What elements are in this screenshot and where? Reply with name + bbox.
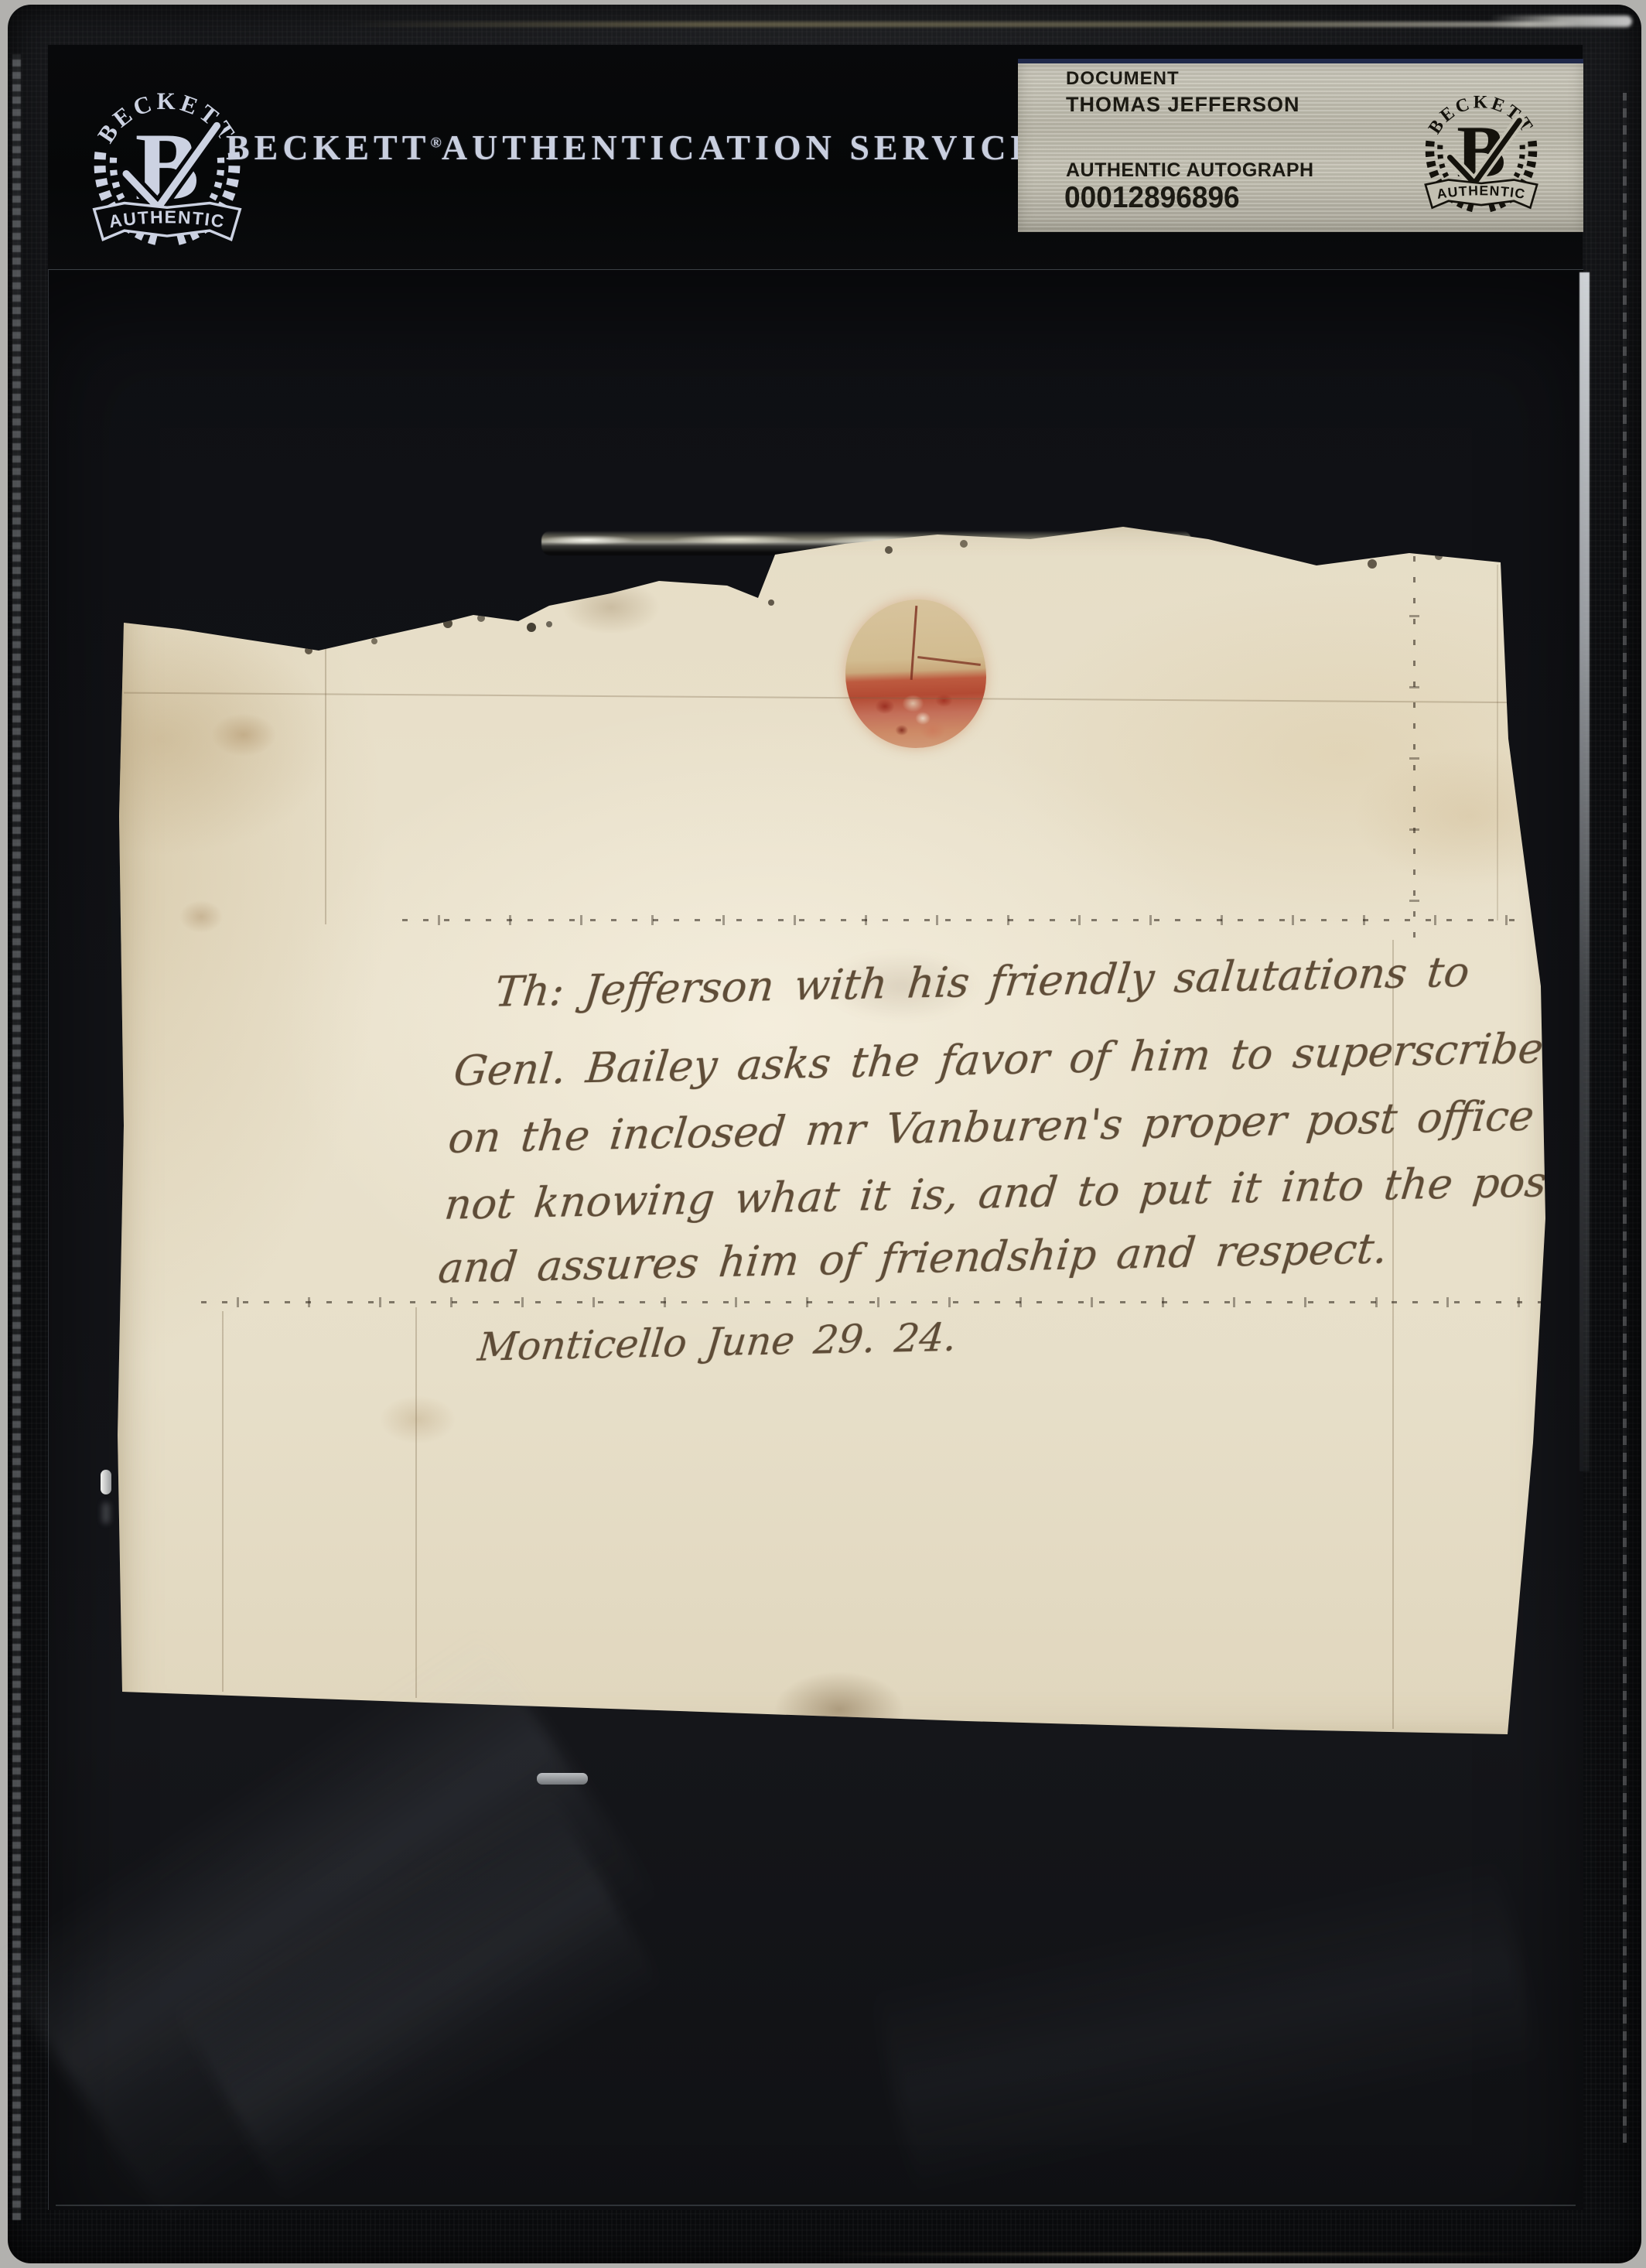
label-item-type: DOCUMENT (1066, 68, 1180, 90)
label-designation: AUTHENTIC AUTOGRAPH (1066, 159, 1314, 182)
fold-crease (222, 1311, 224, 1692)
fold-crease (1497, 565, 1498, 921)
fold-crease (325, 637, 326, 924)
label-subject: THOMAS JEFFERSON (1066, 93, 1300, 117)
header-title-rest: AUTHENTICATION SERVICES (442, 128, 1064, 167)
header-title-brand: BECKETT (226, 128, 430, 167)
registered-mark: ® (430, 135, 441, 152)
label-cert-number: 00012896896 (1064, 181, 1240, 215)
handwriting-dateline: Monticello June 29. 24. (476, 1318, 958, 1367)
window-bottom-bevel (56, 2205, 1576, 2206)
case-left-bevel (12, 54, 21, 2220)
case-top-glint (340, 22, 1578, 27)
stitched-fold-line (402, 915, 1520, 925)
stitched-fold-line (1409, 547, 1419, 938)
header-title: BECKETT®AUTHENTICATION SERVICES (226, 127, 1064, 168)
case-right-outer-bevel (1623, 93, 1627, 2143)
beckett-authentic-logo-icon: BECKETT B AUTHENTIC (1413, 74, 1549, 217)
case-bottom-glint (812, 2253, 1547, 2256)
slab-photo: BECKETT B AUTHENTIC BECKETT®AUTHENTICATI… (0, 0, 1646, 2268)
fold-crease (415, 1307, 417, 1698)
retention-tab (101, 1470, 111, 1494)
case-corner-glint (1489, 15, 1632, 27)
stitched-fold-line (201, 1297, 1543, 1307)
window-right-bevel (1579, 272, 1590, 1471)
autograph-letter: Th: Jefferson with his friendly salutati… (116, 507, 1559, 1740)
